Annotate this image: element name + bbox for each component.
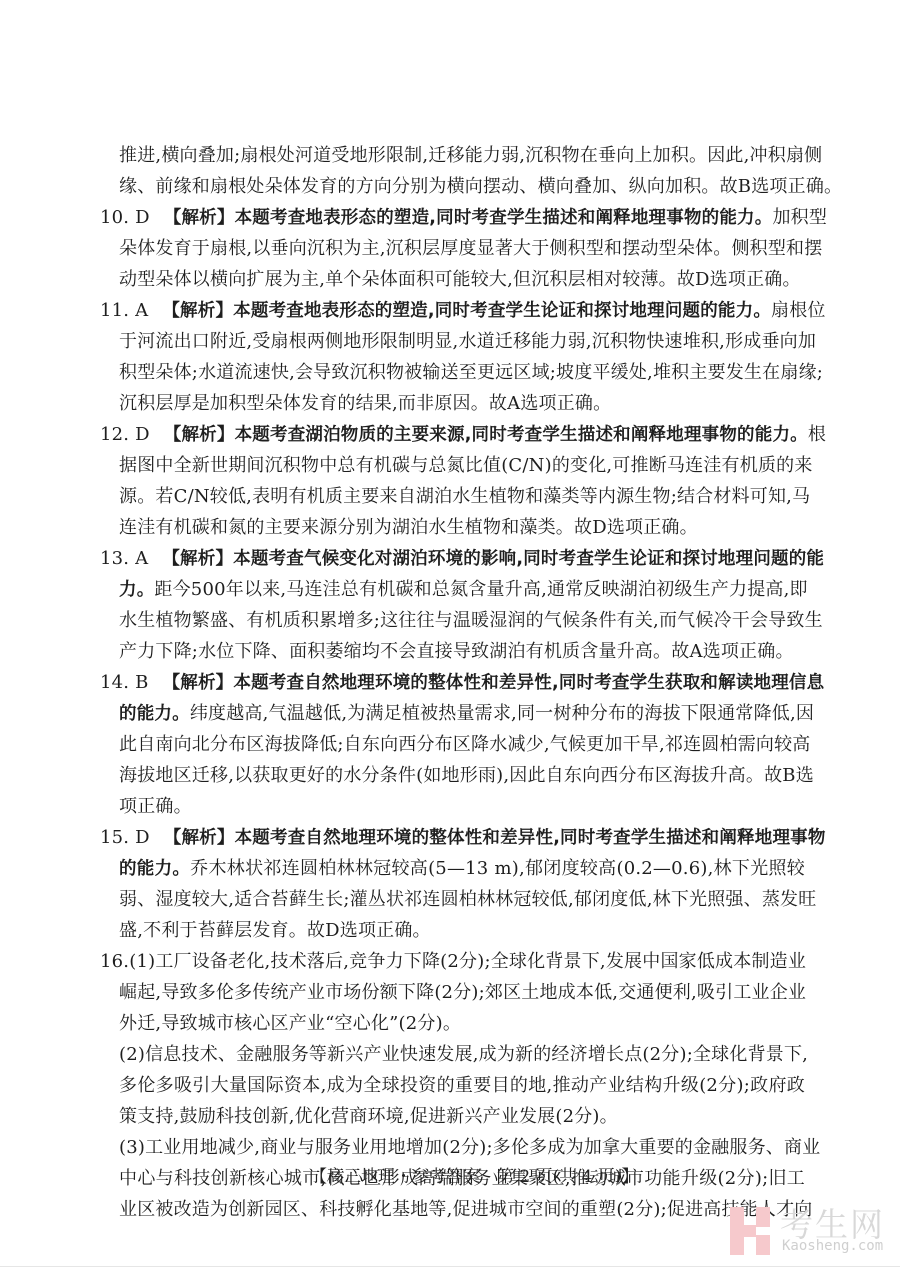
- item-number: 14. B: [100, 672, 149, 693]
- text-run: 乔木林状祁连圆柏林林冠较高(5—13 m),郁闭度较高(0.2—0.6),林下光…: [190, 858, 805, 879]
- bold-lead-continued: 的能力。: [119, 859, 190, 879]
- text-line: 海拔地区迁移,以获取更好的水分条件(如地形雨),因此自东向西分布区海拔升高。故B…: [100, 760, 805, 791]
- text-line: 多伦多吸引大量国际资本,成为全球投资的重要目的地,推动产业结构升级(2分);政府…: [100, 1070, 805, 1101]
- answer-item-13-heading: 13. A【解析】本题考查气候变化对湖泊环境的影响,同时考查学生论证和探讨地理问…: [100, 543, 805, 574]
- text-line: 崛起,导致多伦多传统产业市场份额下降(2分);郊区土地成本低,交通便利,吸引工业…: [100, 977, 805, 1008]
- text-line: 沉积层厚是加积型朵体发育的结果,而非原因。故A选项正确。: [100, 388, 805, 419]
- item-number: 11. A: [100, 300, 148, 321]
- analysis-label: 【解析】: [162, 549, 233, 569]
- text-line: 策支持,鼓励科技创新,优化营商环境,促进新兴产业发展(2分)。: [100, 1101, 805, 1132]
- watermark-logo: 考生网 Kaosheng.com: [730, 1205, 895, 1260]
- text-line: 此自南向北分布区海拔降低;自东向西分布区降水减少,气候更加干旱,祁连圆柏需向较高: [100, 729, 805, 760]
- item-number: 12. D: [100, 424, 150, 445]
- answer-item-15-heading: 15. D【解析】本题考查自然地理环境的整体性和差异性,同时考查学生描述和阐释地…: [100, 822, 805, 853]
- bold-lead-continued: 力。: [119, 580, 154, 600]
- analysis-label: 【解析】: [164, 425, 235, 445]
- text-line: 外迁,导致城市核心区产业“空心化”(2分)。: [100, 1008, 805, 1039]
- text-run: 根: [808, 424, 826, 445]
- text-line: 朵体发育于扇根,以垂向沉积为主,沉积层厚度显著大于侧积型和摆动型朵体。侧积型和摆: [100, 233, 805, 264]
- answer-item-16-part-1: 16.(1)工厂设备老化,技术落后,竞争力下降(2分);全球化背景下,发展中国家…: [100, 946, 805, 977]
- answer-item-16-part-3: (3)工业用地减少,商业与服务业用地增加(2分);多伦多成为加拿大重要的金融服务…: [100, 1132, 805, 1163]
- bold-lead-continued: 的能力。: [119, 704, 190, 724]
- analysis-label: 【解析】: [164, 828, 235, 848]
- text-line: 力。距今500年以来,马连洼总有机碳和总氮含量升高,通常反映湖泊初级生产力提高,…: [100, 574, 805, 605]
- text-line: 推进,横向叠加;扇根处河道受地形限制,迁移能力弱,沉积物在垂向上加积。因此,冲积…: [100, 140, 805, 171]
- bold-lead: 本题考查气候变化对湖泊环境的影响,同时考查学生论证和探讨地理问题的能: [233, 549, 824, 569]
- text-line: 的能力。乔木林状祁连圆柏林林冠较高(5—13 m),郁闭度较高(0.2—0.6)…: [100, 853, 805, 884]
- kaosheng-logo-icon: [730, 1207, 770, 1255]
- answer-item-10-heading: 10. D【解析】本题考查地表形态的塑造,同时考查学生描述和阐释地理事物的能力。…: [100, 202, 805, 233]
- text-line: 产力下降;水位下降、面积萎缩均不会直接导致湖泊有机质含量升高。故A选项正确。: [100, 636, 805, 667]
- analysis-label: 【解析】: [162, 301, 233, 321]
- answer-item-12-heading: 12. D【解析】本题考查湖泊物质的主要来源,同时考查学生描述和阐释地理事物的能…: [100, 419, 805, 450]
- text-line: 动型朵体以横向扩展为主,单个朵体面积可能较大,但沉积层相对较薄。故D选项正确。: [100, 264, 805, 295]
- text-line: 缘、前缘和扇根处朵体发育的方向分别为横向摆动、横向叠加、纵向加积。故B选项正确。: [100, 171, 805, 202]
- text-run: (1)工厂设备老化,技术落后,竞争力下降(2分);全球化背景下,发展中国家低成本…: [129, 951, 806, 972]
- text-line: 的能力。纬度越高,气温越低,为满足植被热量需求,同一树种分布的海拔下限通常降低,…: [100, 698, 805, 729]
- page-footer: 【高三地理・参考答案 第 2 页(共 4 页)】: [310, 1165, 639, 1189]
- text-line: 弱、湿度较大,适合苔藓生长;灌丛状祁连圆柏林林冠较低,郁闭度低,林下光照强、蒸发…: [100, 884, 805, 915]
- item-number: 10. D: [100, 207, 150, 228]
- item-number: 15. D: [100, 827, 150, 848]
- bold-lead: 本题考查地表形态的塑造,同时考查学生描述和阐释地理事物的能力。: [235, 208, 773, 228]
- text-run: 扇根位: [771, 300, 826, 321]
- bold-lead: 本题考查湖泊物质的主要来源,同时考查学生描述和阐释地理事物的能力。: [235, 425, 808, 445]
- watermark-url: Kaosheng.com: [782, 1238, 883, 1254]
- item-number: 16.: [100, 951, 129, 972]
- text-line: 盛,不利于苔藓层发育。故D选项正确。: [100, 915, 805, 946]
- bold-lead: 本题考查自然地理环境的整体性和差异性,同时考查学生描述和阐释地理事物: [235, 828, 826, 848]
- text-run: 加积型: [772, 207, 827, 228]
- answer-item-16-part-2: (2)信息技术、金融服务等新兴产业快速发展,成为新的经济增长点(2分);全球化背…: [100, 1039, 805, 1070]
- item-number: 13. A: [100, 548, 148, 569]
- text-run: 纬度越高,气温越低,为满足植被热量需求,同一树种分布的海拔下限通常降低,因: [190, 703, 814, 724]
- answer-page: 推进,横向叠加;扇根处河道受地形限制,迁移能力弱,沉积物在垂向上加积。因此,冲积…: [100, 140, 805, 1225]
- bottom-divider: [0, 1266, 900, 1267]
- text-line: 源。若C/N较低,表明有机质主要来自湖泊水生植物和藻类等内源生物;结合材料可知,…: [100, 481, 805, 512]
- analysis-label: 【解析】: [164, 208, 235, 228]
- analysis-label: 【解析】: [163, 673, 234, 693]
- text-line: 项正确。: [100, 791, 805, 822]
- text-run: 距今500年以来,马连洼总有机碳和总氮含量升高,通常反映湖泊初级生产力提高,即: [154, 579, 807, 600]
- text-line: 积型朵体;水道流速快,会导致沉积物被输送至更远区域;坡度平缓处,堆积主要发生在扇…: [100, 357, 805, 388]
- text-line: 水生植物繁盛、有机质积累增多;这往往与温暖湿润的气候条件有关,而气候冷干会导致生: [100, 605, 805, 636]
- bold-lead: 本题考查地表形态的塑造,同时考查学生论证和探讨地理问题的能力。: [233, 301, 771, 321]
- text-line: 业区被改造为创新园区、科技孵化基地等,促进城市空间的重塑(2分);促进高技能人才…: [100, 1194, 805, 1225]
- text-line: 据图中全新世期间沉积物中总有机碳与总氮比值(C/N)的变化,可推断马连洼有机质的…: [100, 450, 805, 481]
- text-line: 于河流出口附近,受扇根两侧地形限制明显,水道迁移能力弱,沉积物快速堆积,形成垂向…: [100, 326, 805, 357]
- bold-lead: 本题考查自然地理环境的整体性和差异性,同时考查学生获取和解读地理信息: [233, 673, 824, 693]
- answer-item-14-heading: 14. B【解析】本题考查自然地理环境的整体性和差异性,同时考查学生获取和解读地…: [100, 667, 805, 698]
- answer-item-11-heading: 11. A【解析】本题考查地表形态的塑造,同时考查学生论证和探讨地理问题的能力。…: [100, 295, 805, 326]
- text-line: 连洼有机碳和氮的主要来源分别为湖泊水生植物和藻类。故D选项正确。: [100, 512, 805, 543]
